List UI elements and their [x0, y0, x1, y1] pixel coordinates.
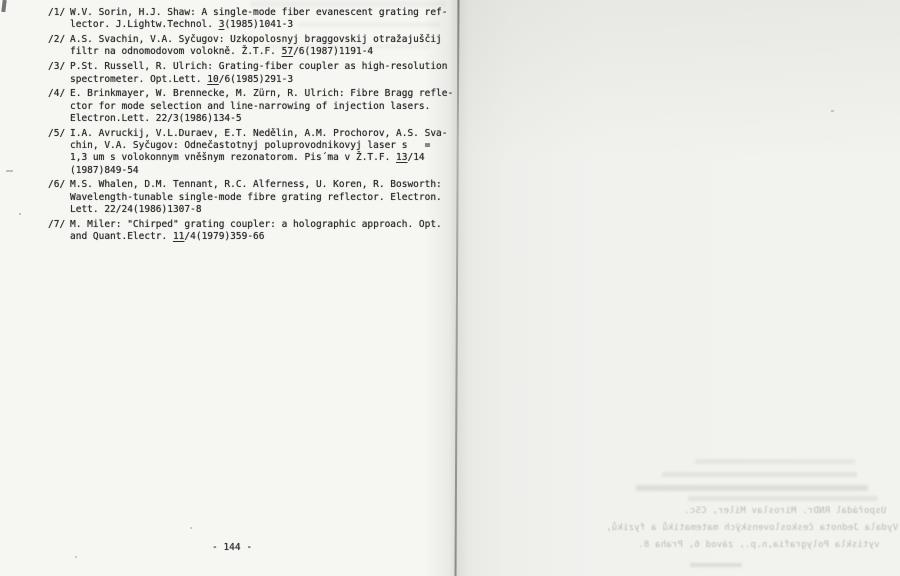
- reference-line: A.S. Svachin, V.A. Syčugov: Uzkopolosnyj…: [70, 34, 442, 46]
- reference-text: I.A. Avruckij, V.L.Duraev, E.T. Nedělin,…: [70, 128, 448, 177]
- bleedthrough-illegible-line: [636, 485, 868, 491]
- reference-text-segment: Electron.Lett. 22/3(1986)134-5: [70, 113, 242, 124]
- reference-text-segment: Lett. 22/24(1986)1307-8: [70, 204, 202, 215]
- bleedthrough-text-line: Vydala Jednota československých matemati…: [606, 522, 898, 534]
- reference-text-segment: and Quant.Electr.: [70, 231, 173, 242]
- reference-line: chin, V.A. Syčugov: Odnečastotnyj polupr…: [70, 140, 448, 152]
- reference-line: lector. J.Lightw.Technol. 3(1985)1041-3: [70, 19, 448, 31]
- reference-line: Wavelength-tunable single-mode fibre gra…: [70, 192, 442, 204]
- reference-label: /3/: [48, 61, 70, 86]
- scan-artifact-speck: [75, 556, 77, 558]
- scan-artifact-speck: [190, 527, 192, 529]
- bleedthrough-illegible-line: [688, 496, 878, 501]
- reference-entry: /6/M.S. Whalen, D.M. Tennant, R.C. Alfer…: [48, 179, 454, 216]
- bleedthrough-illegible-line: [662, 472, 857, 477]
- reference-text-segment: A.S. Svachin, V.A. Syčugov: Uzkopolosnyj…: [70, 34, 442, 45]
- reference-text-segment: /6(1987)1191-4: [293, 46, 373, 57]
- underlined-volume-number: 11: [173, 231, 184, 242]
- reference-line: Lett. 22/24(1986)1307-8: [70, 204, 442, 216]
- reference-line: P.St. Russell, R. Ulrich: Grating-fiber …: [70, 61, 448, 73]
- reference-text-segment: E. Brinkmayer, W. Brennecke, M. Zürn, R.…: [70, 88, 453, 99]
- reference-text: P.St. Russell, R. Ulrich: Grating-fiber …: [70, 61, 448, 86]
- reference-text: A.S. Svachin, V.A. Syčugov: Uzkopolosnyj…: [70, 34, 442, 59]
- reference-line: ctor for mode selection and line-narrowi…: [70, 101, 453, 113]
- reference-label: /6/: [48, 179, 70, 216]
- reference-text-segment: W.V. Sorin, H.J. Shaw: A single-mode fib…: [70, 7, 448, 18]
- scanned-book-spread: /1/W.V. Sorin, H.J. Shaw: A single-mode …: [0, 0, 900, 576]
- reference-text: M. Miler: "Chirped" grating coupler: a h…: [70, 219, 442, 244]
- reference-entry: /7/M. Miler: "Chirped" grating coupler: …: [48, 219, 454, 244]
- underlined-volume-number: 10: [207, 74, 218, 85]
- reference-line: spectrometer. Opt.Lett. 10/6(1985)291-3: [70, 74, 448, 86]
- reference-line: M. Miler: "Chirped" grating coupler: a h…: [70, 219, 442, 231]
- underlined-volume-number: 13: [396, 152, 407, 163]
- reference-label: /7/: [48, 219, 70, 244]
- reference-line: E. Brinkmayer, W. Brennecke, M. Zürn, R.…: [70, 88, 453, 100]
- reference-entry: /4/E. Brinkmayer, W. Brennecke, M. Zürn,…: [48, 88, 454, 125]
- bleedthrough-text-line: vytiskla Polygrafia,n.p., závod 6, Praha…: [638, 539, 880, 551]
- right-page-top-shading: [457, 0, 900, 160]
- reference-text-segment: ctor for mode selection and line-narrowi…: [70, 101, 430, 112]
- reference-text-segment: Wavelength-tunable single-mode fibre gra…: [70, 192, 442, 203]
- reference-entry: /1/W.V. Sorin, H.J. Shaw: A single-mode …: [48, 7, 454, 32]
- reference-line: Electron.Lett. 22/3(1986)134-5: [70, 113, 453, 125]
- reference-text-segment: (1985)1041-3: [224, 19, 293, 30]
- reference-line: M.S. Whalen, D.M. Tennant, R.C. Alfernes…: [70, 179, 442, 191]
- reference-text: E. Brinkmayer, W. Brennecke, M. Zürn, R.…: [70, 88, 453, 125]
- reference-text: W.V. Sorin, H.J. Shaw: A single-mode fib…: [70, 7, 448, 32]
- reference-text-segment: M. Miler: "Chirped" grating coupler: a h…: [70, 219, 442, 230]
- reference-text-segment: 1,3 um s volokonnym vněšnym rezonatorom.…: [70, 152, 396, 163]
- references-list: /1/W.V. Sorin, H.J. Shaw: A single-mode …: [48, 7, 454, 246]
- reference-label: /1/: [48, 7, 70, 32]
- scan-artifact-speck: [19, 213, 21, 215]
- reference-entry: /5/I.A. Avruckij, V.L.Duraev, E.T. Neděl…: [48, 128, 454, 177]
- reference-text-segment: chin, V.A. Syčugov: Odnečastotnyj polupr…: [70, 140, 430, 151]
- bleedthrough-text-line: Uspořádal RNDr. Miroslav Miler, CSc.: [684, 505, 886, 517]
- reference-text-segment: /4(1979)359-66: [184, 231, 264, 242]
- scan-artifact-speck: [831, 110, 834, 112]
- reference-label: /4/: [48, 88, 70, 125]
- page-number: - 144 -: [212, 542, 252, 553]
- reference-text-segment: P.St. Russell, R. Ulrich: Grating-fiber …: [70, 61, 448, 72]
- reference-line: and Quant.Electr. 11/4(1979)359-66: [70, 231, 442, 243]
- scan-artifact-corner-mark: [1, 0, 6, 12]
- reference-line: (1987)849-54: [70, 165, 448, 177]
- scan-artifact-dash: [6, 170, 13, 172]
- reference-label: /5/: [48, 128, 70, 177]
- bleedthrough-illegible-line: [695, 459, 855, 464]
- reference-line: I.A. Avruckij, V.L.Duraev, E.T. Nedělin,…: [70, 128, 448, 140]
- reference-text-segment: filtr na odnomodovom volokně. Ž.T.F.: [70, 46, 282, 57]
- reference-text-segment: lector. J.Lightw.Technol.: [70, 19, 219, 30]
- reference-text-segment: (1987)849-54: [70, 165, 139, 176]
- reference-text-segment: spectrometer. Opt.Lett.: [70, 74, 207, 85]
- reference-text-segment: I.A. Avruckij, V.L.Duraev, E.T. Nedělin,…: [70, 128, 448, 139]
- reference-text-segment: /6(1985)291-3: [219, 74, 293, 85]
- reference-line: filtr na odnomodovom volokně. Ž.T.F. 57/…: [70, 46, 442, 58]
- underlined-volume-number: 57: [282, 46, 293, 57]
- reference-line: W.V. Sorin, H.J. Shaw: A single-mode fib…: [70, 7, 448, 19]
- bleedthrough-page-number-ghost: [690, 563, 742, 567]
- reference-line: 1,3 um s volokonnym vněšnym rezonatorom.…: [70, 152, 448, 164]
- reference-text-segment: M.S. Whalen, D.M. Tennant, R.C. Alfernes…: [70, 179, 442, 190]
- reference-text: M.S. Whalen, D.M. Tennant, R.C. Alfernes…: [70, 179, 442, 216]
- reference-text-segment: /14: [407, 152, 424, 163]
- reference-entry: /2/A.S. Svachin, V.A. Syčugov: Uzkopolos…: [48, 34, 454, 59]
- reference-entry: /3/P.St. Russell, R. Ulrich: Grating-fib…: [48, 61, 454, 86]
- reference-label: /2/: [48, 34, 70, 59]
